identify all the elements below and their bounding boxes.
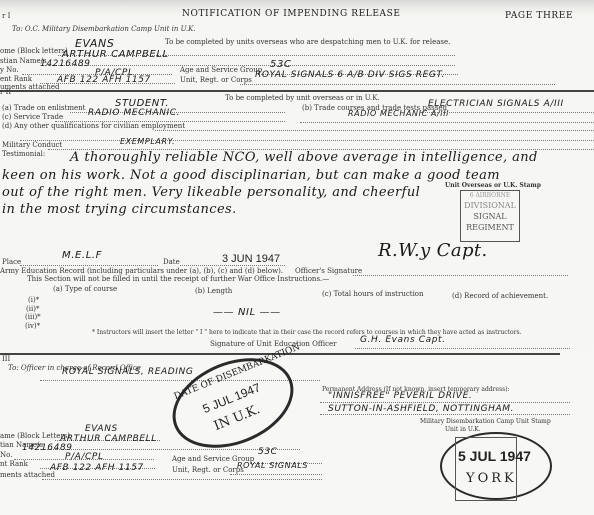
army-number-value: 14216489 — [40, 59, 91, 69]
surname-label: ome (Block letters) — [0, 47, 68, 55]
place-label: Place — [2, 258, 21, 266]
trade-courses-line-2 — [300, 122, 594, 123]
p3-age-group-value: 53C — [258, 447, 278, 457]
p3-christian-name-value: ARTHUR CAMPBELL — [60, 434, 157, 444]
p3-rank-value: P/A/CPL — [65, 452, 104, 462]
instructor-footnote: * Instructors will insert the letter " I… — [92, 329, 522, 336]
age-service-group-label: Age and Service Group — [180, 66, 262, 74]
p3-unit-line — [230, 474, 322, 475]
p3-unit-label: Unit, Regt. or Corps — [172, 466, 244, 474]
rank-label: ent Rank — [0, 75, 32, 83]
testimonial-line-4: in the most trying circumstances. — [2, 202, 237, 217]
address-value-1: "INNISFREE" PEVERIL DRIVE. — [328, 391, 472, 401]
p3-surname-value: EVANS — [85, 424, 118, 434]
p3-army-number-label: No. — [0, 451, 12, 459]
unit-line — [240, 84, 555, 85]
officer-signature-label: Officer's Signature — [295, 267, 362, 275]
other-qualifications-line — [155, 130, 594, 131]
achievement-label: (d) Record of achievement. — [452, 292, 548, 300]
part-two-label: r II — [0, 88, 11, 96]
course-type-label: (a) Type of course — [53, 285, 117, 293]
other-qualifications-label: (d) Any other qualifications for civilia… — [2, 122, 185, 130]
release-notification-document: r I NOTIFICATION OF IMPENDING RELEASE PA… — [0, 0, 594, 515]
york-stamp-box — [455, 437, 517, 501]
service-trade-label: (c) Service Trade — [2, 113, 63, 121]
age-service-group-value: 53C — [270, 59, 292, 70]
record-office-value: ROYAL SIGNALS, READING — [62, 367, 193, 377]
officer-signature: R.W.y Capt. — [378, 240, 488, 261]
date-label: Date — [163, 258, 180, 266]
part-one-recipient: To: O.C. Military Disembarkation Camp Un… — [12, 25, 196, 33]
testimonial-line-2: keen on his work. Not a good disciplinar… — [2, 168, 500, 183]
testimonial-line-3: out of the right men. Very likeable pers… — [2, 185, 420, 200]
nil-entry: —— NIL —— — [213, 307, 281, 318]
roman-item-4: (iv)* — [25, 322, 40, 330]
page-number: PAGE THREE — [505, 11, 573, 21]
unit-label: Unit, Regt. or Corps — [180, 76, 252, 84]
part-divider-1 — [0, 90, 594, 92]
york-stamp-date: 5 JUL 1947 — [458, 448, 531, 464]
roman-item-3: (iii)* — [25, 313, 41, 321]
york-stamp-place: YORK — [466, 471, 517, 486]
other-qualifications-line-2 — [20, 140, 594, 141]
testimonial-label: Testimonial: — [2, 150, 45, 158]
officer-signature-line — [353, 275, 568, 276]
education-officer-label: Signature of Unit Education Officer — [210, 340, 337, 348]
service-trade-value: RADIO MECHANIC. — [88, 108, 180, 118]
place-line — [20, 265, 158, 266]
date-value: 3 JUN 1947 — [222, 253, 280, 265]
part-one-instruction: To be completed by units overseas who ar… — [165, 38, 450, 46]
date-line — [180, 265, 285, 266]
total-hours-label: (c) Total hours of instruction — [322, 290, 424, 298]
length-label: (b) Length — [195, 287, 232, 295]
unit-value: ROYAL SIGNALS 6 A/B DIV SIGS REGT. — [255, 70, 445, 80]
documents-attached-value: AFB 122 AFH 1157 — [57, 75, 151, 85]
part-two-instruction: To be completed by unit overseas or in U… — [225, 94, 380, 102]
unit-stamp: 6 AIRBORNE DIVISIONAL SIGNAL REGIMENT — [460, 190, 520, 242]
testimonial-line-1: A thoroughly reliable NCO, well above av… — [70, 150, 538, 165]
unit-stamp-label: Unit Overseas or U.K. Stamp — [445, 182, 541, 189]
trade-courses-line — [420, 112, 594, 113]
military-conduct-label: Military Conduct — [2, 141, 62, 149]
roman-item-2: (ii)* — [26, 305, 39, 313]
army-number-label: y No. — [0, 66, 19, 74]
military-conduct-value: EXEMPLARY. — [120, 137, 175, 146]
education-officer-signature: G.H. Evans Capt. — [360, 335, 446, 345]
p3-documents-line — [42, 479, 322, 480]
education-record-heading: Army Education Record (including particu… — [0, 267, 283, 275]
part-three-label: III — [2, 355, 10, 363]
camp-stamp-label-2: Unit in U.K. — [445, 426, 481, 433]
document-title: NOTIFICATION OF IMPENDING RELEASE — [182, 9, 401, 19]
address-value-2: SUTTON-IN-ASHFIELD, NOTTINGHAM. — [328, 404, 514, 414]
part-one-label: r I — [2, 12, 10, 20]
p3-unit-value: ROYAL SIGNALS — [237, 461, 308, 470]
p3-documents-value: AFB 122 AFH 1157 — [50, 463, 144, 473]
camp-stamp-label: Military Disembarkation Camp Unit Stamp — [420, 418, 551, 425]
place-value: M.E.L.F — [62, 250, 102, 261]
p3-documents-label: ments attached — [0, 471, 55, 479]
address-line-2 — [320, 414, 570, 415]
disembarkation-date-stamp: DATE OF DISEMBARKATION 5 JUL 1947 IN U.K… — [159, 341, 307, 464]
roman-item-1: (i)* — [28, 296, 39, 304]
trade-courses-value-2: RADIO MECHANIC A/III — [348, 109, 449, 118]
instruction-line-1 — [165, 55, 455, 56]
address-line-1 — [320, 402, 570, 403]
p3-rank-label: nt Rank — [0, 460, 28, 468]
trade-enlistment-label: (a) Trade on enlistment — [2, 104, 85, 112]
education-officer-line — [355, 348, 570, 349]
education-record-note: This Section will not be filled in until… — [27, 275, 329, 283]
trade-courses-value-1: ELECTRICIAN SIGNALS A/III — [428, 99, 564, 109]
